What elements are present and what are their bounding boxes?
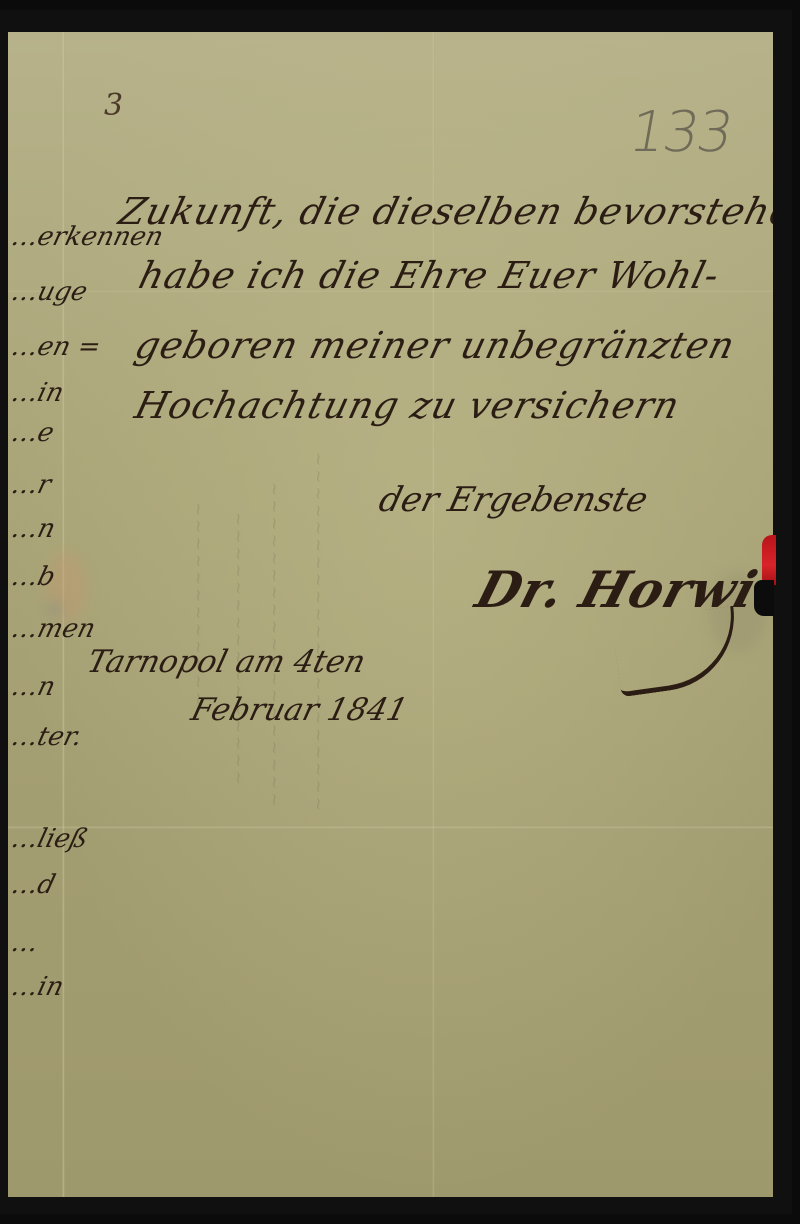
margin-fragment: …in <box>8 972 67 1002</box>
margin-fragment: …ließ <box>8 824 91 854</box>
dateline-place: Tarnopol am 4ten <box>84 644 370 680</box>
margin-fragment: …uge <box>8 277 90 307</box>
margin-fragment: …b <box>8 562 58 592</box>
bleed-through-text: ~~~~~~~~~~~~~~~~~~~~~ <box>308 452 328 814</box>
signature-flourish <box>611 606 743 697</box>
letter-line-2: habe ich die Ehre Euer Wohl- <box>135 254 725 297</box>
letter-line-4: Hochachtung zu versichern <box>131 384 685 427</box>
red-wax-seal <box>762 535 776 585</box>
seal-shadow <box>754 580 774 616</box>
letter-page: ~~~~~~~~~~~~~~~~~~~~~ ~~~~~~~~~~~~~~~~~~… <box>8 32 773 1197</box>
margin-fragment: …en = <box>8 332 104 362</box>
margin-fragment: …d <box>8 870 58 900</box>
margin-fragment: …ter. <box>8 722 85 752</box>
margin-fragment: …r <box>8 470 54 500</box>
margin-fragment: …e <box>8 418 57 448</box>
letter-closing: der Ergebenste <box>375 480 652 520</box>
margin-fragment: …n <box>8 672 58 702</box>
margin-fragment: …n <box>8 514 58 544</box>
dateline-date: Februar 1841 <box>188 692 412 728</box>
page-number: 3 <box>104 88 123 123</box>
margin-fragment: … <box>8 928 41 958</box>
horizontal-fold-line-lower <box>8 826 773 829</box>
margin-fragment: …erkennen <box>8 222 166 252</box>
archive-folio-number: 133 <box>624 100 736 165</box>
letter-line-3: geboren meiner unbegränzten <box>131 324 740 367</box>
margin-fragment: …in <box>8 378 67 408</box>
scan-stage: ~~~~~~~~~~~~~~~~~~~~~ ~~~~~~~~~~~~~~~~~~… <box>0 0 800 1224</box>
margin-fragment: …men <box>8 614 98 644</box>
letter-line-1: Zukunft, die dieselben bevorstehet <box>115 190 773 233</box>
